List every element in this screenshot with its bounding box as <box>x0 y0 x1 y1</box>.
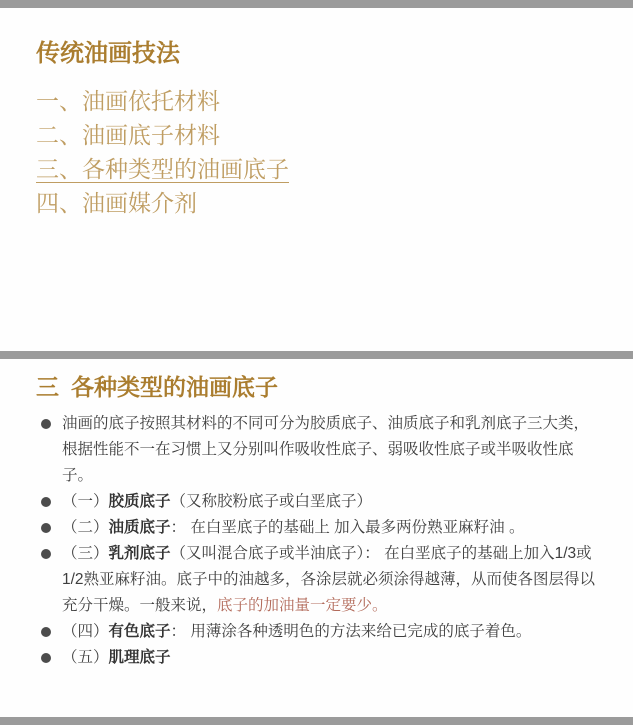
toc-list: 一、油画依托材料二、油画底子材料三、各种类型的油画底子四、油画媒介剂 <box>36 84 289 220</box>
slide2-title-number: 三 <box>36 374 59 400</box>
body-text: （又称胶粉底子或白垩底子） <box>171 493 373 510</box>
body-text: （二） <box>62 519 109 536</box>
term-bold: 油质底子 <box>109 519 171 536</box>
body-text: （三） <box>62 545 109 562</box>
toc-item: 一、油画依托材料 <box>36 84 289 118</box>
bullet-icon <box>41 549 51 559</box>
body-text: ： 用薄涂各种透明色的方法来给已完成的底子着色。 <box>171 623 532 640</box>
slide-divider-bar <box>0 351 633 359</box>
bullet-icon <box>41 653 51 663</box>
bullet-item: （一）胶质底子（又称胶粉底子或白垩底子） <box>40 489 596 515</box>
bullet-icon <box>41 497 51 507</box>
bullet-list: 油画的底子按照其材料的不同可分为胶质底子、油质底子和乳剂底子三大类，根据性能不一… <box>40 411 596 671</box>
top-gray-bar <box>0 0 633 8</box>
body-text: （四） <box>62 623 109 640</box>
bullet-item: 油画的底子按照其材料的不同可分为胶质底子、油质底子和乳剂底子三大类，根据性能不一… <box>40 411 596 489</box>
slide2-title: 三各种类型的油画底子 <box>36 369 278 402</box>
slide-outline: 传统油画技法 一、油画依托材料二、油画底子材料三、各种类型的油画底子四、油画媒介… <box>0 8 633 351</box>
toc-item: 二、油画底子材料 <box>36 118 289 152</box>
slide-content: 三各种类型的油画底子 油画的底子按照其材料的不同可分为胶质底子、油质底子和乳剂底… <box>0 359 633 717</box>
bullet-icon <box>41 419 51 429</box>
slides-document: 传统油画技法 一、油画依托材料二、油画底子材料三、各种类型的油画底子四、油画媒介… <box>0 0 633 725</box>
slide1-title: 传统油画技法 <box>36 33 180 68</box>
body-text: （一） <box>62 493 109 510</box>
body-text: ： 在白垩底子的基础上 加入最多两份熟亚麻籽油 。 <box>171 519 525 536</box>
bullet-item: （五）肌理底子 <box>40 645 596 671</box>
bullet-item: （四）有色底子： 用薄涂各种透明色的方法来给已完成的底子着色。 <box>40 619 596 645</box>
highlight-text: 底子的加油量一定要少。 <box>217 597 388 614</box>
term-bold: 肌理底子 <box>109 649 171 666</box>
bullet-item: （二）油质底子： 在白垩底子的基础上 加入最多两份熟亚麻籽油 。 <box>40 515 596 541</box>
body-text: 油画的底子按照其材料的不同可分为胶质底子、油质底子和乳剂底子三大类，根据性能不一… <box>62 415 589 484</box>
slide2-title-text: 各种类型的油画底子 <box>71 374 278 400</box>
term-bold: 乳剂底子 <box>109 545 171 562</box>
toc-item: 四、油画媒介剂 <box>36 186 289 220</box>
term-bold: 有色底子 <box>109 623 171 640</box>
term-bold: 胶质底子 <box>109 493 171 510</box>
bullet-item: （三）乳剂底子（又叫混合底子或半油底子）： 在白垩底子的基础上加入1/3或1/2… <box>40 541 596 619</box>
body-text: （五） <box>62 649 109 666</box>
bullet-icon <box>41 627 51 637</box>
bullet-icon <box>41 523 51 533</box>
toc-item-link[interactable]: 三、各种类型的油画底子 <box>36 152 289 186</box>
bottom-gray-bar <box>0 717 633 725</box>
